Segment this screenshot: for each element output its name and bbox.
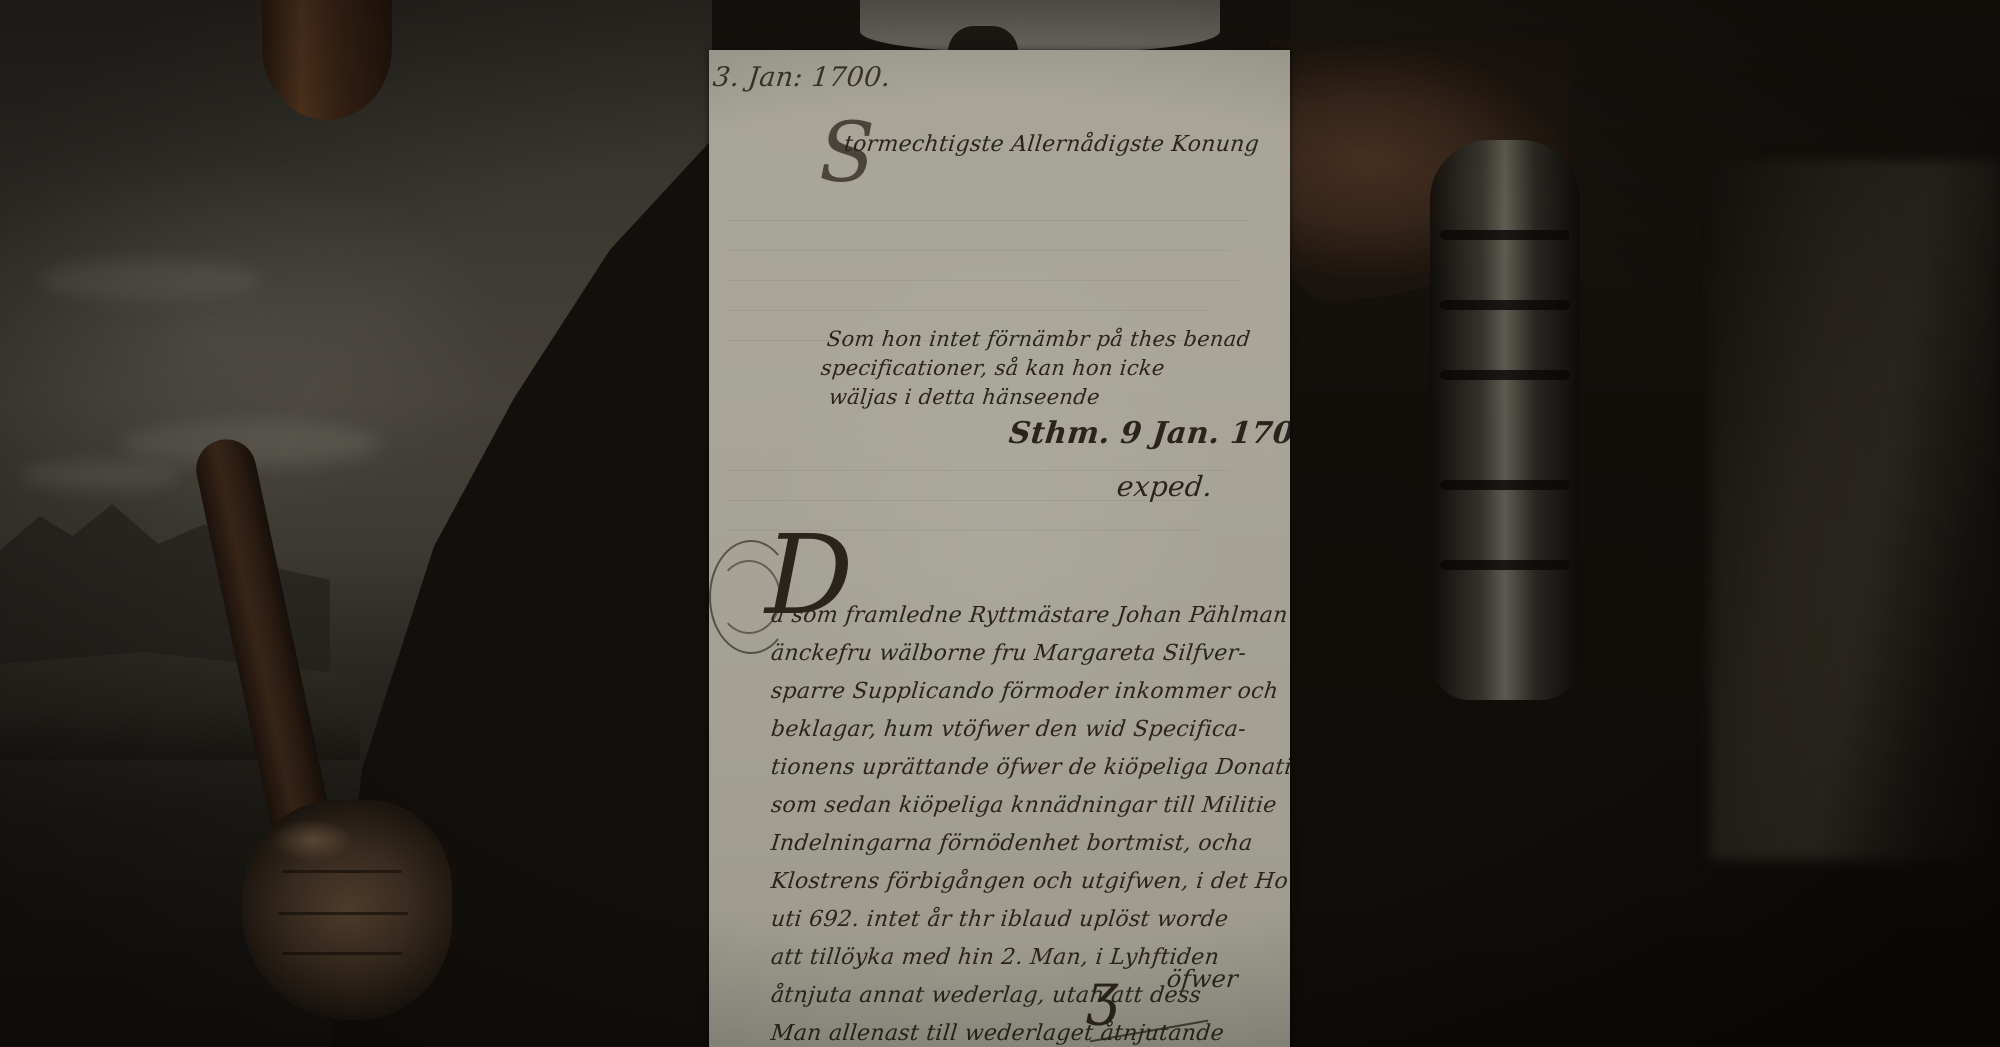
body-line: uti 692. intet år thr iblaud uplöst word… bbox=[770, 907, 1230, 932]
finger-crease bbox=[282, 870, 402, 873]
closing-word: öfwer bbox=[1166, 965, 1240, 993]
body-line: beklagar, hum vtöfwer den wid Specifica- bbox=[770, 717, 1248, 742]
marginal-note-line: Som hon intet förnämbr på thes benad bbox=[826, 326, 1252, 352]
salutation: tormechtigste Allernådigste Konung bbox=[843, 132, 1261, 157]
document-viewer: 3. Jan: 1700. S tormechtigste Allernådig… bbox=[0, 0, 2000, 1047]
marginal-note-date: Sthm. 9 Jan. 1700 bbox=[1007, 416, 1290, 451]
finger-crease bbox=[278, 912, 408, 915]
tassel-ornament bbox=[262, 0, 392, 120]
marginal-note-line: specificationer, så kan hon icke bbox=[820, 355, 1166, 381]
armor-band bbox=[1440, 480, 1570, 490]
bleed-through bbox=[729, 280, 1239, 282]
portrait-painting-right bbox=[1290, 0, 2000, 1047]
portrait-painting-left bbox=[0, 0, 712, 1047]
body-line: Klostrens förbigången och utgifwen, i de… bbox=[770, 869, 1290, 894]
cloud bbox=[40, 260, 260, 300]
cloud bbox=[20, 460, 180, 490]
body-line: att tillöyka med hin 2. Man, i Lyhftiden bbox=[770, 945, 1221, 970]
body-line: Indelningarna förnödenhet bortmist, ocha bbox=[770, 831, 1254, 856]
bleed-through bbox=[729, 220, 1249, 222]
armor-band bbox=[1440, 230, 1570, 240]
armor-sleeve bbox=[1430, 140, 1580, 700]
body-line: Man allenast till wederlaget åtnjutande bbox=[770, 1021, 1226, 1046]
fur-mantle bbox=[1710, 160, 2000, 860]
body-line: som sedan kiöpeliga knnädningar till Mil… bbox=[770, 793, 1278, 818]
armor-band bbox=[1440, 300, 1570, 310]
handwritten-letter: 3. Jan: 1700. S tormechtigste Allernådig… bbox=[709, 50, 1290, 1047]
bleed-through bbox=[729, 250, 1229, 252]
hand-holding-baton bbox=[242, 800, 452, 1020]
body-line: änckefru wälborne fru Margareta Silfver- bbox=[770, 641, 1248, 666]
lace-collar bbox=[860, 0, 1220, 52]
document-date: 3. Jan: 1700. bbox=[711, 62, 892, 93]
expedited-mark: exped. bbox=[1115, 470, 1214, 503]
body-line: tionens uprättande öfwer de kiöpeliga Do… bbox=[770, 755, 1290, 780]
marginal-note-line: wäljas i detta hänseende bbox=[828, 384, 1102, 410]
body-line: åtnjuta annat wederlag, utan att dess bbox=[770, 983, 1203, 1008]
body-line: sparre Supplicando förmoder inkommer och bbox=[770, 679, 1280, 704]
finger-crease bbox=[282, 952, 402, 955]
body-line: å som framledne Ryttmästare Johan Pählma… bbox=[770, 603, 1289, 628]
armor-band bbox=[1440, 370, 1570, 380]
bleed-through bbox=[729, 310, 1209, 312]
armor-band bbox=[1440, 560, 1570, 570]
signature-flourish: ʒ bbox=[1087, 962, 1119, 1027]
